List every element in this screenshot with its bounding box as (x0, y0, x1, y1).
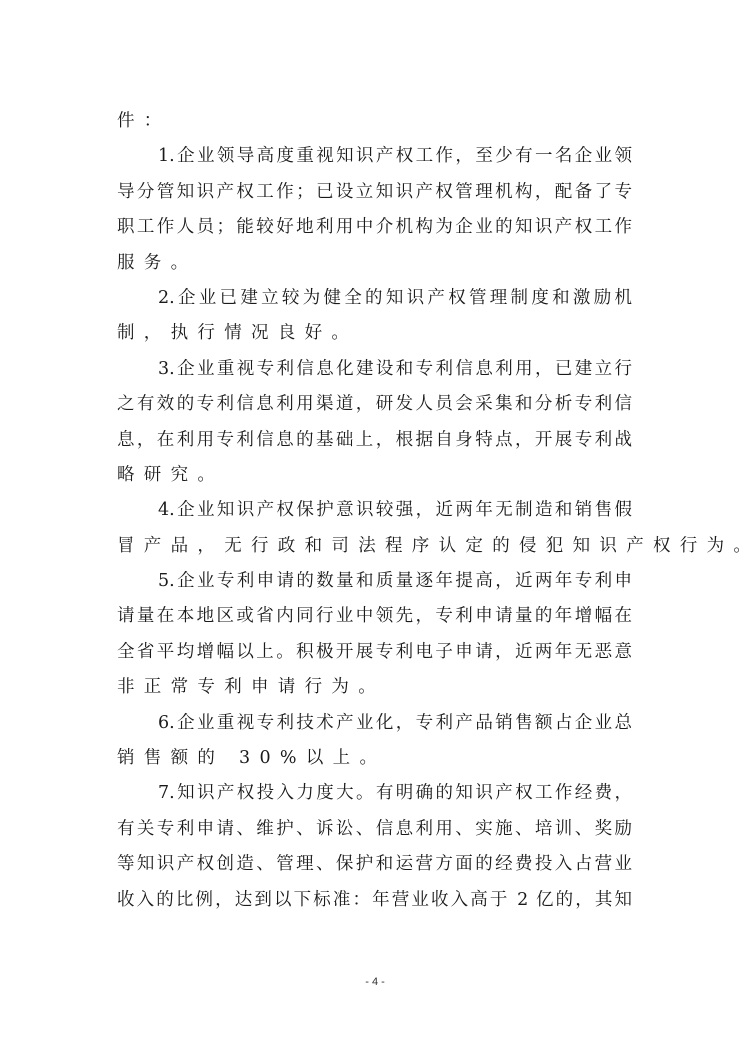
text-line: 有关专利申请、维护、诉讼、信息利用、实施、培训、奖励 (117, 812, 632, 847)
text-line: 销售额的 30%以上。 (117, 741, 632, 776)
text-line: 3.企业重视专利信息化建设和专利信息利用，已建立行 (117, 352, 632, 387)
document-body: 件： 1.企业领导高度重视知识产权工作，至少有一名企业领 导分管知识产权工作；已… (117, 104, 637, 918)
text-line: 7.知识产权投入力度大。有明确的知识产权工作经费， (117, 776, 632, 811)
text-line: 制，执行情况良好。 (117, 316, 632, 351)
text-line: 等知识产权创造、管理、保护和运营方面的经费投入占营业 (117, 847, 632, 882)
text-line: 收入的比例，达到以下标准：年营业收入高于 2 亿的，其知 (117, 883, 632, 918)
text-line: 6.企业重视专利技术产业化，专利产品销售额占企业总 (117, 706, 632, 741)
text-line: 服务。 (117, 246, 632, 281)
text-line: 件： (117, 104, 632, 139)
text-line: 之有效的专利信息利用渠道，研发人员会采集和分析专利信 (117, 387, 632, 422)
text-line: 导分管知识产权工作；已设立知识产权管理机构，配备了专 (117, 175, 632, 210)
text-line: 4.企业知识产权保护意识较强，近两年无制造和销售假 (117, 493, 632, 528)
text-line: 冒产品，无行政和司法程序认定的侵犯知识产权行为。 (117, 529, 632, 564)
text-line: 2.企业已建立较为健全的知识产权管理制度和激励机 (117, 281, 632, 316)
text-line: 全省平均增幅以上。积极开展专利电子申请，近两年无恶意 (117, 635, 632, 670)
text-line: 非正常专利申请行为。 (117, 670, 632, 705)
text-line: 5.企业专利申请的数量和质量逐年提高，近两年专利申 (117, 564, 632, 599)
text-line: 请量在本地区或省内同行业中领先，专利申请量的年增幅在 (117, 599, 632, 634)
text-line: 略研究。 (117, 458, 632, 493)
text-line: 职工作人员；能较好地利用中介机构为企业的知识产权工作 (117, 210, 632, 245)
document-page: 件： 1.企业领导高度重视知识产权工作，至少有一名企业领 导分管知识产权工作；已… (0, 0, 750, 1056)
page-number: - 4 - (0, 976, 750, 988)
text-line: 息，在利用专利信息的基础上，根据自身特点，开展专利战 (117, 423, 632, 458)
text-line: 1.企业领导高度重视知识产权工作，至少有一名企业领 (117, 139, 632, 174)
